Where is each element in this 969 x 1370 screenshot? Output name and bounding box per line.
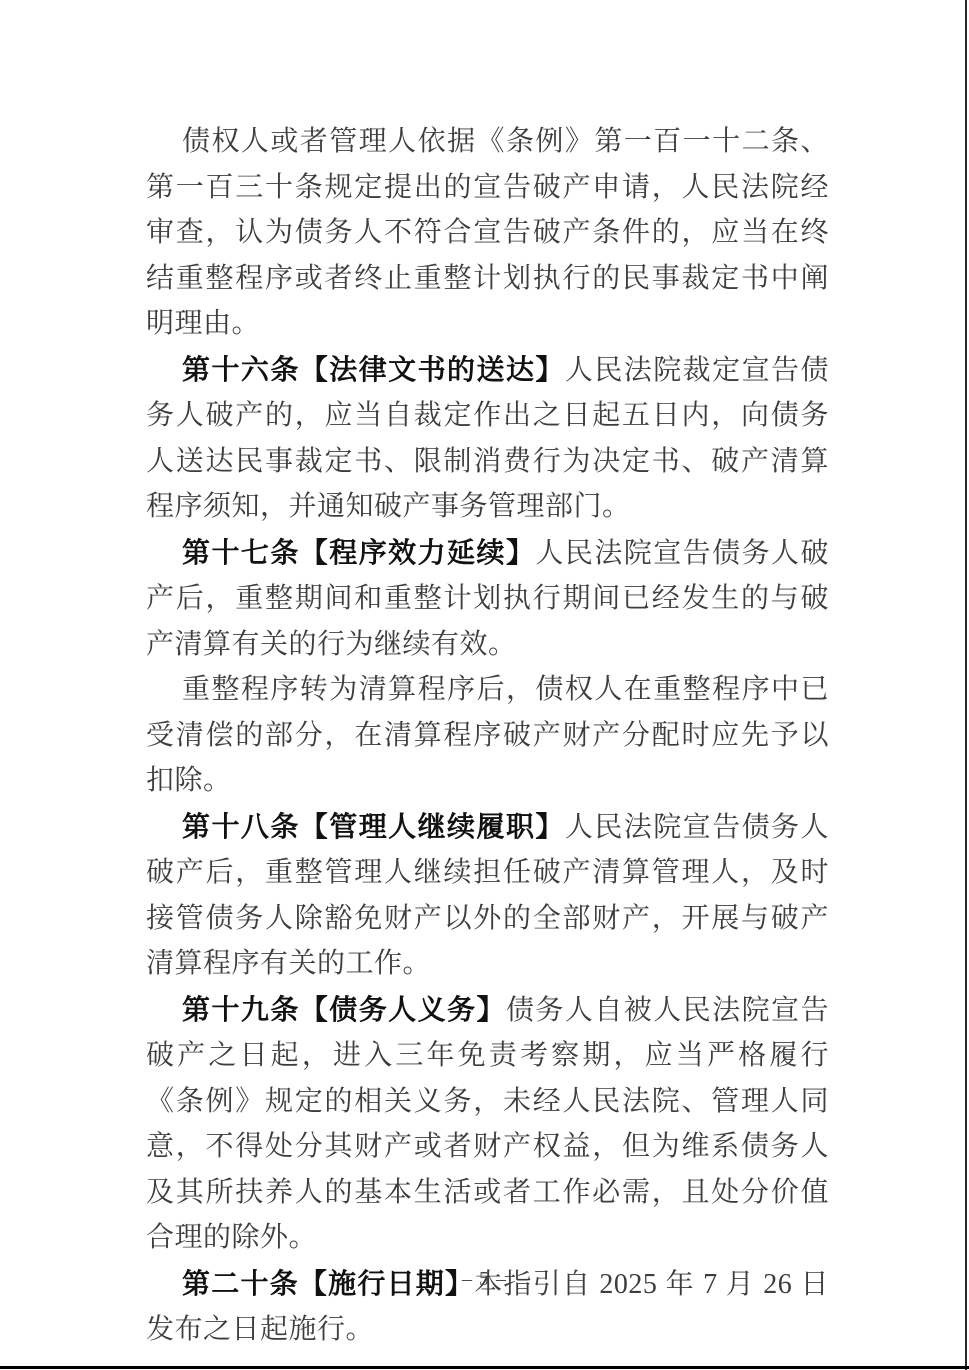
page-bottom-edge-line (0, 1366, 969, 1369)
document-body: 债权人或者管理人依据《条例》第一百一十二条、第一百三十条规定提出的宣告破产申请，… (146, 119, 829, 1353)
paragraph: 第十八条【管理人继续履职】人民法院宣告债务人破产后，重整管理人继续担任破产清算管… (146, 804, 829, 987)
paragraph: 重整程序转为清算程序后，债权人在重整程序中已受清偿的部分，在清算程序破产财产分配… (146, 667, 829, 804)
page-number: – 5 – (0, 1268, 969, 1291)
document-page: 债权人或者管理人依据《条例》第一百一十二条、第一百三十条规定提出的宣告破产申请，… (0, 0, 969, 1370)
article-heading: 第十六条【法律文书的送达】 (182, 354, 565, 385)
paragraph: 债权人或者管理人依据《条例》第一百一十二条、第一百三十条规定提出的宣告破产申请，… (146, 119, 829, 347)
paragraph-text: 债权人或者管理人依据《条例》第一百一十二条、第一百三十条规定提出的宣告破产申请，… (146, 126, 829, 339)
page-right-edge-line (965, 0, 967, 1370)
article-heading: 第十七条【程序效力延续】 (182, 537, 535, 568)
paragraph-text: 重整程序转为清算程序后，债权人在重整程序中已受清偿的部分，在清算程序破产财产分配… (146, 674, 829, 796)
paragraph: 第十九条【债务人义务】债务人自被人民法院宣告破产之日起，进入三年免责考察期，应当… (146, 987, 829, 1261)
article-heading: 第十八条【管理人继续履职】 (182, 811, 565, 842)
paragraph-text: 债务人自被人民法院宣告破产之日起，进入三年免责考察期，应当严格履行《条例》规定的… (146, 995, 829, 1254)
paragraph: 第十六条【法律文书的送达】人民法院裁定宣告债务人破产的，应当自裁定作出之日起五日… (146, 347, 829, 530)
paragraph: 第十七条【程序效力延续】人民法院宣告债务人破产后，重整期间和重整计划执行期间已经… (146, 530, 829, 668)
article-heading: 第十九条【债务人义务】 (182, 994, 506, 1025)
